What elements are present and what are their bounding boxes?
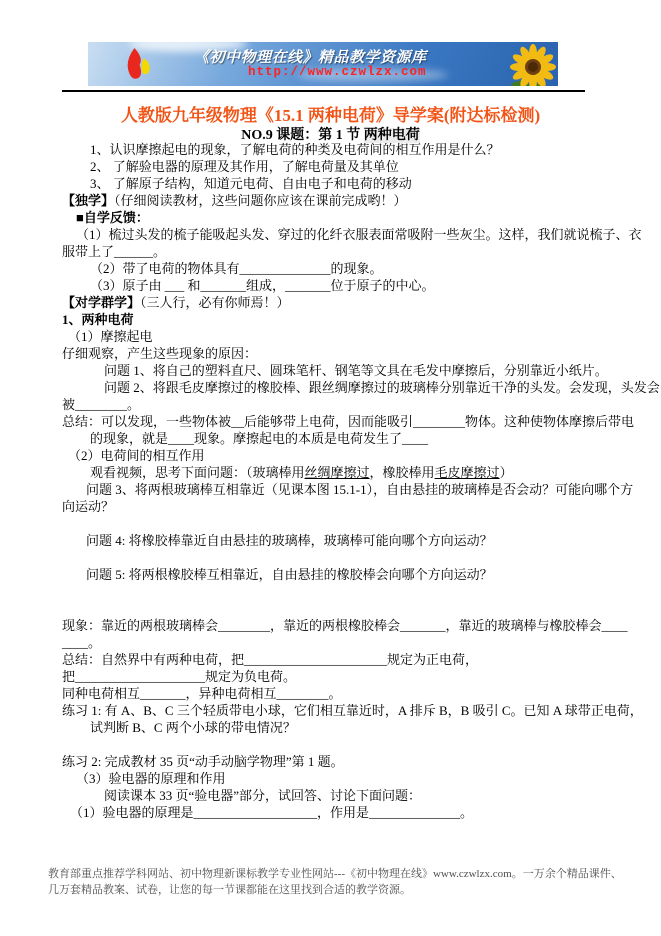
- blank-line: [62, 600, 607, 617]
- text-run: （三人行，必有你师焉！）: [140, 295, 290, 310]
- doc-line: 向运动？: [62, 498, 607, 515]
- doc-line: 练习 1: 有 A、B、C 三个轻质带电小球，它们相互靠近时，A 排斥 B，B …: [62, 702, 607, 719]
- text-run: （1）梳过头发的梳子能吸起头发、穿过的化纤衣服表面常吸附一些灰尘。这样，我们就说…: [76, 227, 642, 242]
- doc-line: 问题 4: 将橡胶棒靠近自由悬挂的玻璃棒，玻璃棒可能向哪个方向运动？: [62, 532, 607, 549]
- doc-line: （3）原子由 ___ 和_______组成，_______位于原子的中心。: [62, 277, 607, 294]
- doc-line: 服带上了______。: [62, 243, 607, 260]
- doc-line: 同种电荷相互_______，异种电荷相互________。: [62, 685, 607, 702]
- doc-line: 1、两种电荷: [62, 311, 607, 328]
- doc-line: 被________。: [62, 396, 607, 413]
- doc-line: （2）电荷间的相互作用: [62, 447, 607, 464]
- doc-line: 现象：靠近的两根玻璃棒会________，靠近的两根橡胶棒会_______，靠近…: [62, 617, 607, 634]
- text-run: 被________。: [62, 397, 140, 412]
- doc-line: （1）摩擦起电: [62, 328, 607, 345]
- text-run: 的现象，就是____现象。摩擦起电的本质是电荷发生了____: [90, 431, 428, 446]
- text-run: 问题 5: 将两根橡胶棒互相靠近，自由悬挂的橡胶棒会向哪个方向运动？: [86, 567, 493, 582]
- page-footer: 教育部重点推荐学科网站、初中物理新课标教学专业性网站---《初中物理在线》www…: [48, 866, 633, 898]
- text-run: ____。: [62, 635, 101, 650]
- doc-line: （1）验电器的原理是___________________，作用是_______…: [62, 804, 607, 821]
- text-run: （1）验电器的原理是___________________，作用是_______…: [70, 805, 473, 820]
- underlined-text: 丝绸摩擦过: [305, 465, 370, 480]
- flame-logo-icon: [120, 45, 154, 85]
- doc-line: 试判断 B、C 两个小球的带电情况？: [62, 719, 607, 736]
- doc-line: 观看视频，思考下面问题：（玻璃棒用丝绸摩擦过，橡胶棒用毛皮摩擦过）: [62, 464, 607, 481]
- doc-line: 问题 5: 将两根橡胶棒互相靠近，自由悬挂的橡胶棒会向哪个方向运动？: [62, 566, 607, 583]
- footer-line: 几万套精品教案、试卷，让您的每一节课都能在这里找到合适的教学资源。: [48, 882, 633, 898]
- blank-line: [62, 736, 607, 753]
- doc-line: 问题 1、将自己的塑料直尺、圆珠笔杆、钢笔等文具在毛发中摩擦后，分别靠近小纸片。: [62, 362, 607, 379]
- text-run: ）: [500, 465, 513, 480]
- text-run: （2）电荷间的相互作用: [68, 448, 205, 463]
- text-run: 问题 2、将跟毛皮摩擦过的橡胶棒、跟丝绸摩擦过的玻璃棒分别靠近干净的头发。会发现…: [104, 380, 660, 395]
- text-run: 把____________________规定为负电荷。: [62, 669, 296, 684]
- doc-line: ____。: [62, 634, 607, 651]
- blank-line: [62, 515, 607, 532]
- text-run: 练习 2: 完成教材 35 页“动手动脑学物理”第 1 题。: [62, 754, 344, 769]
- text-run: 仔细观察，产生这些现象的原因：: [62, 346, 257, 361]
- bold-text: 【独学】: [62, 193, 114, 208]
- text-run: （1）摩擦起电: [68, 329, 153, 344]
- doc-line: 1、认识摩擦起电的现象，了解电荷的种类及电荷间的相互作用是什么？: [62, 141, 607, 158]
- text-run: 总结：自然界中有两种电荷，把______________________规定为正…: [62, 652, 478, 667]
- doc-line: 练习 2: 完成教材 35 页“动手动脑学物理”第 1 题。: [62, 753, 607, 770]
- text-run: 练习 1: 有 A、B、C 三个轻质带电小球，它们相互靠近时，A 排斥 B，B …: [62, 703, 643, 718]
- blank-line: [62, 549, 607, 566]
- text-run: 1、认识摩擦起电的现象，了解电荷的种类及电荷间的相互作用是什么？: [90, 142, 500, 157]
- doc-line: （1）梳过头发的梳子能吸起头发、穿过的化纤衣服表面常吸附一些灰尘。这样，我们就说…: [62, 226, 607, 243]
- footer-line: 教育部重点推荐学科网站、初中物理新课标教学专业性网站---《初中物理在线》www…: [48, 866, 633, 882]
- bold-text: ■自学反馈：: [76, 210, 149, 225]
- text-run: 同种电荷相互_______，异种电荷相互________。: [62, 686, 342, 701]
- text-run: 问题 1、将自己的塑料直尺、圆珠笔杆、钢笔等文具在毛发中摩擦后，分别靠近小纸片。: [104, 363, 608, 378]
- text-run: 阅读课本 33 页“验电器”部分，试回答、讨论下面问题：: [104, 788, 421, 803]
- text-run: 问题 4: 将橡胶棒靠近自由悬挂的玻璃棒，玻璃棒可能向哪个方向运动？: [86, 533, 493, 548]
- text-run: 问题 3、将两根玻璃棒互相靠近（见课本图 15.1-1），自由悬挂的玻璃棒是否会…: [86, 482, 633, 497]
- text-run: 2、 了解验电器的原理及其作用，了解电荷量及其单位: [90, 159, 399, 174]
- text-run: 向运动？: [62, 499, 114, 514]
- text-run: （仔细阅读教材，这些问题你应该在课前完成哟！）: [114, 193, 407, 208]
- banner-site-url: http://www.czwlzx.com: [248, 65, 427, 79]
- sunflower-icon: [510, 44, 556, 86]
- doc-line: 3、 了解原子结构，知道元电荷、自由电子和电荷的移动: [62, 175, 607, 192]
- text-run: 现象：靠近的两根玻璃棒会________，靠近的两根橡胶棒会_______，靠近…: [62, 618, 628, 633]
- text-run: 服带上了______。: [62, 244, 166, 259]
- doc-line: 的现象，就是____现象。摩擦起电的本质是电荷发生了____: [62, 430, 607, 447]
- doc-line: 仔细观察，产生这些现象的原因：: [62, 345, 607, 362]
- text-run: ，橡胶棒用: [370, 465, 435, 480]
- doc-line: 总结：可以发现，一些物体被__后能够带上电荷，因而能吸引________物体。这…: [62, 413, 607, 430]
- doc-line: 问题 3、将两根玻璃棒互相靠近（见课本图 15.1-1），自由悬挂的玻璃棒是否会…: [62, 481, 607, 498]
- blank-line: [62, 583, 607, 600]
- doc-body: 1、认识摩擦起电的现象，了解电荷的种类及电荷间的相互作用是什么？2、 了解验电器…: [62, 141, 607, 821]
- text-run: （2）带了电荷的物体具有______________的现象。: [90, 261, 383, 276]
- text-run: （3）原子由 ___ 和_______组成，_______位于原子的中心。: [90, 278, 435, 293]
- site-banner: 《初中物理在线》精品教学资源库 http://www.czwlzx.com: [88, 42, 558, 86]
- text-run: （3）验电器的原理和作用: [76, 771, 226, 786]
- doc-line: ■自学反馈：: [62, 209, 607, 226]
- text-run: 试判断 B、C 两个小球的带电情况？: [90, 720, 296, 735]
- doc-line: 2、 了解验电器的原理及其作用，了解电荷量及其单位: [62, 158, 607, 175]
- doc-line: 总结：自然界中有两种电荷，把______________________规定为正…: [62, 651, 607, 668]
- doc-line: （2）带了电荷的物体具有______________的现象。: [62, 260, 607, 277]
- worksheet-page: 《初中物理在线》精品教学资源库 http://www.czwlzx.com: [0, 0, 661, 936]
- bold-text: 【对学群学】: [62, 295, 140, 310]
- underlined-text: 毛皮摩擦过: [435, 465, 500, 480]
- doc-line: 把____________________规定为负电荷。: [62, 668, 607, 685]
- doc-line: （3）验电器的原理和作用: [62, 770, 607, 787]
- doc-line: 阅读课本 33 页“验电器”部分，试回答、讨论下面问题：: [62, 787, 607, 804]
- page-title: 人教版九年级物理《15.1 两种电荷》导学案(附达标检测): [0, 101, 661, 126]
- bold-text: 1、两种电荷: [62, 312, 134, 327]
- header-divider: [62, 90, 585, 92]
- text-run: 总结：可以发现，一些物体被__后能够带上电荷，因而能吸引________物体。这…: [62, 414, 634, 429]
- doc-line: 【对学群学】（三人行，必有你师焉！）: [62, 294, 607, 311]
- doc-line: 【独学】（仔细阅读教材，这些问题你应该在课前完成哟！）: [62, 192, 607, 209]
- text-run: 3、 了解原子结构，知道元电荷、自由电子和电荷的移动: [90, 176, 412, 191]
- text-run: 观看视频，思考下面问题：（玻璃棒用: [90, 465, 305, 480]
- banner-site-title: 《初中物理在线》精品教学资源库: [194, 46, 524, 67]
- doc-line: 问题 2、将跟毛皮摩擦过的橡胶棒、跟丝绸摩擦过的玻璃棒分别靠近干净的头发。会发现…: [62, 379, 607, 396]
